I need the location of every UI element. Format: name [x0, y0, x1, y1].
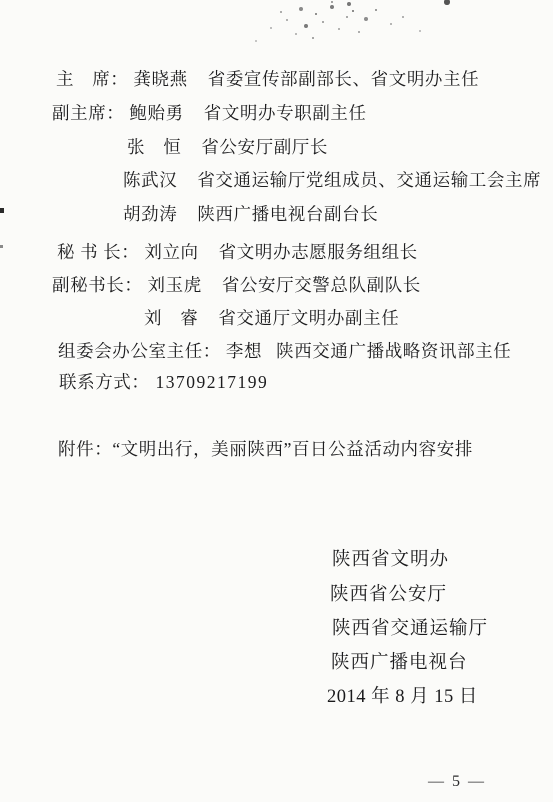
page-number: — 5 — — [428, 773, 486, 791]
scan-noise-speckles — [0, 0, 2, 2]
person-name: 刘玉虎 — [148, 275, 202, 295]
person-name: 刘立向 — [144, 242, 198, 262]
scanned-document-page: 主 席：龚晓燕省委宣传部副部长、省文明办主任 副主席：鲍贻勇省文明办专职副主任 … — [0, 0, 553, 802]
roster-line-member: 张 恒省公安厅副厅长 — [127, 136, 328, 159]
roster-line-deputy-secretary: 刘 睿省交通厅文明办副主任 — [144, 307, 399, 330]
role-label: 组委会办公室主任： — [58, 341, 221, 361]
person-title: 省交通厅文明办副主任 — [218, 308, 399, 328]
scan-edge-mark — [0, 245, 3, 248]
person-title: 省文明办专职副主任 — [204, 103, 367, 123]
person-name: 张 恒 — [127, 137, 181, 157]
role-label: 主 席： — [56, 69, 128, 89]
roster-line-deputy-secretary: 副秘书长：刘玉虎省公安厅交警总队副队长 — [52, 274, 421, 297]
signature-org: 陕西省公安厅 — [330, 580, 447, 606]
person-name: 刘 睿 — [144, 308, 198, 328]
roster-line-vice-chairman: 副主席：鲍贻勇省文明办专职副主任 — [52, 102, 367, 125]
person-name: 鲍贻勇 — [129, 103, 183, 123]
role-label: 副主席： — [52, 103, 124, 123]
signature-date: 2014 年 8 月 15 日 — [327, 682, 478, 708]
person-title: 省委宣传部副部长、省文明办主任 — [208, 69, 480, 89]
roster-line-member: 陈武汉省交通运输厅党组成员、交通运输工会主席 — [123, 169, 541, 192]
roster-line-secretary-general: 秘 书 长：刘立向省文明办志愿服务组组长 — [57, 241, 418, 264]
signature-org: 陕西省交通运输厅 — [332, 614, 488, 640]
contact-phone: 13709217199 — [156, 372, 269, 392]
attachment-line: 附件：“文明出行，美丽陕西”百日公益活动内容安排 — [58, 438, 473, 461]
person-name: 龚晓燕 — [133, 69, 187, 89]
person-title: 陕西广播电视台副台长 — [197, 204, 378, 224]
role-label: 秘 书 长： — [57, 242, 139, 262]
contact-label: 联系方式： — [59, 372, 150, 392]
roster-line-chairman: 主 席：龚晓燕省委宣传部副部长、省文明办主任 — [56, 68, 479, 91]
attachment-label: 附件： — [58, 439, 112, 459]
person-name: 胡劲涛 — [123, 204, 177, 224]
person-name: 李想 — [226, 341, 262, 361]
person-title: 省文明办志愿服务组组长 — [219, 242, 418, 262]
signature-org: 陕西省文明办 — [332, 545, 449, 571]
contact-line: 联系方式：13709217199 — [59, 371, 268, 394]
signature-org: 陕西广播电视台 — [331, 648, 468, 674]
attachment-title: “文明出行，美丽陕西”百日公益活动内容安排 — [112, 439, 473, 459]
person-title: 省公安厅交警总队副队长 — [222, 275, 421, 295]
roster-line-office-director: 组委会办公室主任：李想陕西交通广播战略资讯部主任 — [58, 340, 511, 363]
roster-line-member: 胡劲涛陕西广播电视台副台长 — [123, 203, 378, 226]
person-title: 省公安厅副厅长 — [201, 137, 328, 157]
role-label: 副秘书长： — [52, 275, 143, 295]
person-title: 陕西交通广播战略资讯部主任 — [276, 341, 511, 361]
person-name: 陈武汉 — [123, 170, 177, 190]
person-title: 省交通运输厅党组成员、交通运输工会主席 — [197, 170, 541, 190]
scan-edge-mark — [0, 208, 4, 213]
